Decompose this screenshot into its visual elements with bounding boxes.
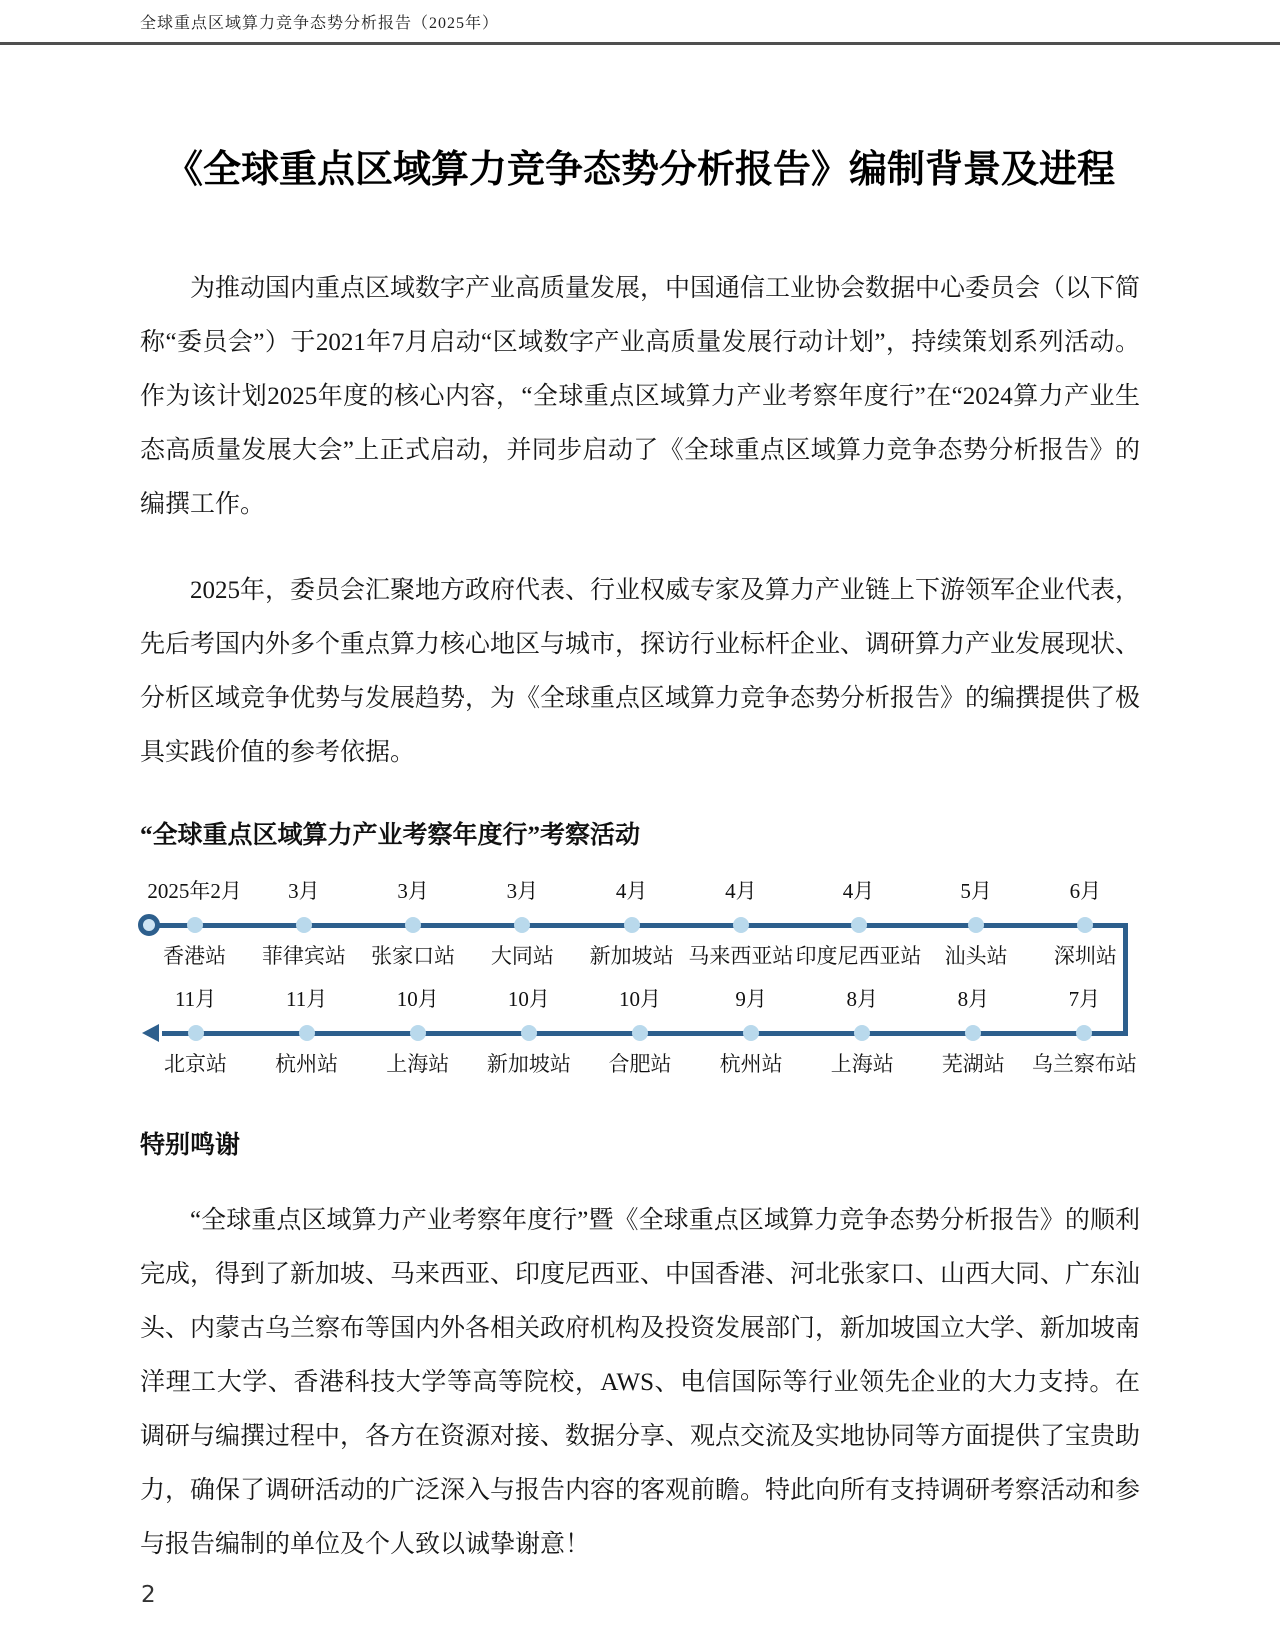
timeline-stop: 3月大同站: [468, 868, 577, 972]
timeline-dot-icon: [1076, 1025, 1092, 1041]
timeline-stop-station: 上海站: [831, 1048, 894, 1080]
timeline-stop-month: 7月: [1069, 976, 1101, 1022]
timeline-stop: 9月杭州站: [696, 976, 807, 1080]
timeline-stop: 10月上海站: [362, 976, 473, 1080]
timeline-dot-wrap: [299, 1022, 315, 1043]
timeline-dot-wrap: [1076, 1022, 1092, 1043]
paragraph-background-2: 2025年，委员会汇聚地方政府代表、行业权威专家及算力产业链上下游领军企业代表，…: [140, 564, 1140, 780]
timeline-dot-wrap: [296, 914, 312, 935]
timeline-dot-icon: [188, 1025, 204, 1041]
timeline-dot-wrap: [851, 914, 867, 935]
timeline-stop-month: 11月: [175, 976, 216, 1022]
paragraph-thanks: “全球重点区域算力产业考察年度行”暨《全球重点区域算力竞争态势分析报告》的顺利完…: [140, 1194, 1140, 1572]
timeline-stop-station: 马来西亚站: [688, 940, 793, 972]
timeline-dot-icon: [1077, 917, 1093, 933]
timeline-stop-station: 杭州站: [720, 1048, 783, 1080]
timeline-stop-month: 10月: [397, 976, 439, 1022]
timeline-stop: 8月上海站: [807, 976, 918, 1080]
timeline-stop-station: 张家口站: [371, 940, 455, 972]
timeline-stop-month: 3月: [288, 868, 320, 914]
timeline-stop-station: 北京站: [164, 1048, 227, 1080]
timeline-dot-wrap: [188, 1022, 204, 1043]
timeline-dot-icon: [851, 917, 867, 933]
timeline-stop-month: 3月: [397, 868, 429, 914]
timeline-dot-wrap: [968, 914, 984, 935]
timeline-stop-station: 杭州站: [275, 1048, 338, 1080]
timeline-dot-icon: [965, 1025, 981, 1041]
timeline-stops-forward: 2025年2月香港站3月菲律宾站3月张家口站3月大同站4月新加坡站4月马来西亚站…: [140, 868, 1140, 972]
timeline-dot-icon: [733, 917, 749, 933]
timeline-dot-wrap: [1077, 914, 1093, 935]
timeline-stop-month: 10月: [619, 976, 661, 1022]
timeline-dot-icon: [521, 1025, 537, 1041]
timeline-stop: 11月杭州站: [251, 976, 362, 1080]
timeline-stop-month: 3月: [507, 868, 539, 914]
timeline-stop-month: 4月: [725, 868, 757, 914]
timeline-dot-wrap: [187, 914, 203, 935]
timeline-stop: 4月新加坡站: [577, 868, 686, 972]
header-rule: [0, 42, 1280, 45]
timeline-dot-wrap: [743, 1022, 759, 1043]
timeline-stop-station: 上海站: [386, 1048, 449, 1080]
timeline-dot-icon: [968, 917, 984, 933]
timeline-stop-month: 5月: [960, 868, 992, 914]
timeline-dot-icon: [854, 1025, 870, 1041]
timeline-stop: 4月马来西亚站: [686, 868, 795, 972]
timeline-stop: 7月乌兰察布站: [1029, 976, 1140, 1080]
timeline-stop-station: 汕头站: [945, 940, 1008, 972]
timeline-stop-month: 4月: [843, 868, 875, 914]
timeline-dot-icon: [299, 1025, 315, 1041]
timeline-dot-icon: [405, 917, 421, 933]
timeline-stop: 5月汕头站: [922, 868, 1031, 972]
timeline-section-heading: “全球重点区域算力产业考察年度行”考察活动: [140, 818, 1140, 854]
timeline-stop-month: 8月: [846, 976, 878, 1022]
timeline-stop: 4月印度尼西亚站: [796, 868, 922, 972]
timeline-stop-station: 印度尼西亚站: [796, 940, 922, 972]
timeline-stop: 8月芜湖站: [918, 976, 1029, 1080]
timeline-dot-icon: [632, 1025, 648, 1041]
timeline-stop-month: 9月: [735, 976, 767, 1022]
timeline-dot-icon: [514, 917, 530, 933]
timeline-stop-station: 芜湖站: [942, 1048, 1005, 1080]
timeline-dot-wrap: [405, 914, 421, 935]
timeline-stop-station: 菲律宾站: [262, 940, 346, 972]
timeline-stop: 3月张家口站: [359, 868, 468, 972]
tour-timeline-diagram: 2025年2月香港站3月菲律宾站3月张家口站3月大同站4月新加坡站4月马来西亚站…: [140, 868, 1140, 1086]
timeline-stop-month: 2025年2月: [147, 868, 242, 914]
timeline-stop-station: 合肥站: [608, 1048, 671, 1080]
document-body: 《全球重点区域算力竞争态势分析报告》编制背景及进程 为推动国内重点区域数字产业高…: [140, 145, 1140, 1572]
timeline-dot-wrap: [854, 1022, 870, 1043]
timeline-stop-station: 乌兰察布站: [1032, 1048, 1137, 1080]
page-number: 2: [141, 1582, 156, 1608]
timeline-dot-wrap: [410, 1022, 426, 1043]
timeline-stop: 3月菲律宾站: [249, 868, 358, 972]
timeline-dot-icon: [296, 917, 312, 933]
timeline-row-backward: 11月北京站11月杭州站10月上海站10月新加坡站10月合肥站9月杭州站8月上海…: [140, 976, 1140, 1080]
timeline-stop-station: 香港站: [163, 940, 226, 972]
timeline-dot-wrap: [632, 1022, 648, 1043]
timeline-stops-backward: 11月北京站11月杭州站10月上海站10月新加坡站10月合肥站9月杭州站8月上海…: [140, 976, 1140, 1080]
running-header: 全球重点区域算力竞争态势分析报告（2025年）: [0, 0, 1280, 41]
timeline-dot-icon: [624, 917, 640, 933]
document-title: 《全球重点区域算力竞争态势分析报告》编制背景及进程: [140, 145, 1140, 196]
timeline-stop-month: 11月: [286, 976, 327, 1022]
timeline-row-forward: 2025年2月香港站3月菲律宾站3月张家口站3月大同站4月新加坡站4月马来西亚站…: [140, 868, 1140, 972]
timeline-stop-station: 新加坡站: [487, 1048, 571, 1080]
timeline-dot-icon: [743, 1025, 759, 1041]
timeline-stop: 10月合肥站: [584, 976, 695, 1080]
paragraph-background-1: 为推动国内重点区域数字产业高质量发展，中国通信工业协会数据中心委员会（以下简称“…: [140, 262, 1140, 532]
timeline-stop-station: 新加坡站: [590, 940, 674, 972]
timeline-dot-wrap: [965, 1022, 981, 1043]
timeline-stop-month: 8月: [958, 976, 990, 1022]
timeline-stop-month: 10月: [508, 976, 550, 1022]
timeline-dot-wrap: [624, 914, 640, 935]
timeline-stop-month: 6月: [1070, 868, 1102, 914]
timeline-arrow-icon: [142, 1024, 159, 1042]
timeline-dot-wrap: [514, 914, 530, 935]
timeline-stop-station: 深圳站: [1054, 940, 1117, 972]
timeline-dot-wrap: [521, 1022, 537, 1043]
timeline-stop-station: 大同站: [491, 940, 554, 972]
timeline-stop-month: 4月: [616, 868, 648, 914]
timeline-dot-icon: [187, 917, 203, 933]
timeline-stop: 10月新加坡站: [473, 976, 584, 1080]
timeline-dot-icon: [410, 1025, 426, 1041]
timeline-dot-wrap: [733, 914, 749, 935]
thanks-section-heading: 特别鸣谢: [140, 1128, 1140, 1164]
